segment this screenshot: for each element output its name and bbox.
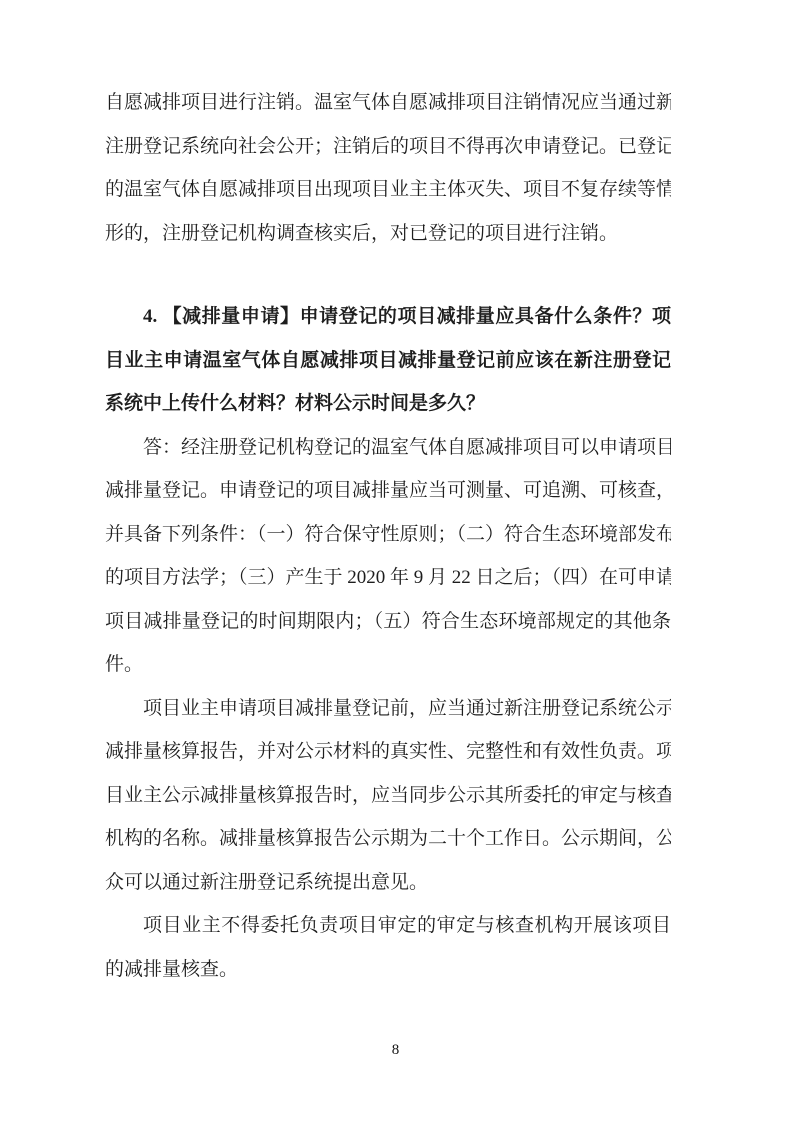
text-line: 的项目方法学；（三）产生于 2020 年 9 月 22 日之后；（四）在可申请 <box>105 556 671 600</box>
paragraph-continuation: 自愿减排项目进行注销。温室气体自愿减排项目注销情况应当通过新 注册登记系统向社会… <box>105 81 671 255</box>
text-line: 机构的名称。减排量核算报告公示期为二十个工作日。公示期间，公 <box>105 817 671 861</box>
page-footer: 8 <box>0 1041 791 1059</box>
text-line: 注册登记系统向社会公开；注销后的项目不得再次申请登记。已登记 <box>105 125 671 169</box>
text-line: 目业主申请温室气体自愿减排项目减排量登记前应该在新注册登记 <box>105 339 671 383</box>
document-body: 自愿减排项目进行注销。温室气体自愿减排项目注销情况应当通过新 注册登记系统向社会… <box>105 81 671 991</box>
text-line: 自愿减排项目进行注销。温室气体自愿减排项目注销情况应当通过新 <box>105 81 671 125</box>
question-4-heading: 4. 【减排量申请】申请登记的项目减排量应具备什么条件？项 目业主申请温室气体自… <box>105 295 671 426</box>
text-line: 减排量登记。申请登记的项目减排量应当可测量、可追溯、可核查， <box>105 469 671 513</box>
text-line: 目业主公示减排量核算报告时，应当同步公示其所委托的审定与核查 <box>105 774 671 818</box>
text-line: 系统中上传什么材料？材料公示时间是多久？ <box>105 382 671 426</box>
document-page: 自愿减排项目进行注销。温室气体自愿减排项目注销情况应当通过新 注册登记系统向社会… <box>0 0 791 1121</box>
text-line: 件。 <box>105 643 671 687</box>
text-line: 的减排量核查。 <box>105 948 671 992</box>
answer-paragraph-2: 项目业主申请项目减排量登记前，应当通过新注册登记系统公示 减排量核算报告，并对公… <box>105 687 671 905</box>
page-number: 8 <box>392 1042 400 1058</box>
answer-paragraph-1: 答：经注册登记机构登记的温室气体自愿减排项目可以申请项目 减排量登记。申请登记的… <box>105 426 671 687</box>
text-line: 项目业主不得委托负责项目审定的审定与核查机构开展该项目 <box>105 904 671 948</box>
text-line: 答：经注册登记机构登记的温室气体自愿减排项目可以申请项目 <box>105 426 671 470</box>
text-line: 4. 【减排量申请】申请登记的项目减排量应具备什么条件？项 <box>105 295 671 339</box>
answer-paragraph-3: 项目业主不得委托负责项目审定的审定与核查机构开展该项目 的减排量核查。 <box>105 904 671 991</box>
text-line: 项目业主申请项目减排量登记前，应当通过新注册登记系统公示 <box>105 687 671 731</box>
text-line: 的温室气体自愿减排项目出现项目业主主体灭失、项目不复存续等情 <box>105 168 671 212</box>
text-line: 形的，注册登记机构调查核实后，对已登记的项目进行注销。 <box>105 212 671 256</box>
text-line: 减排量核算报告，并对公示材料的真实性、完整性和有效性负责。项 <box>105 730 671 774</box>
text-line: 并具备下列条件：（一）符合保守性原则；（二）符合生态环境部发布 <box>105 513 671 557</box>
text-line: 项目减排量登记的时间期限内；（五）符合生态环境部规定的其他条 <box>105 600 671 644</box>
text-line: 众可以通过新注册登记系统提出意见。 <box>105 861 671 905</box>
